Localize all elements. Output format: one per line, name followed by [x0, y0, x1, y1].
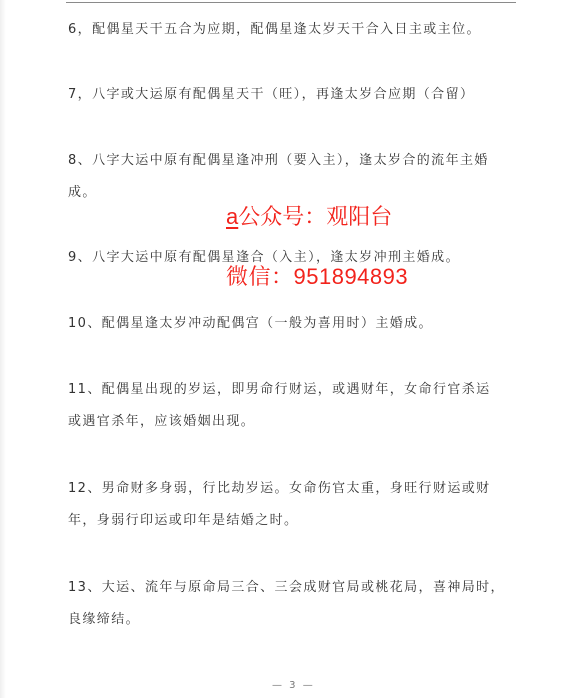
- paragraph-7: 7，八字或大运原有配偶星天干（旺），再逢太岁合应期（合留）: [68, 79, 468, 111]
- watermark-wechat: 微信：951894893: [226, 262, 408, 292]
- header-rule: [66, 2, 516, 3]
- paragraph-8: 8、八字大运中原有配偶星逢冲刑（要入主），逢太岁合的流年主婚 成。: [68, 145, 468, 209]
- page-left-edge: [0, 0, 6, 698]
- paragraph-line: 13、大运、流年与原命局三合、三会成财官局或桃花局，喜神局时，: [68, 572, 468, 604]
- paragraph-line: 10、配偶星逢太岁冲动配偶宫（一般为喜用时）主婚成。: [68, 308, 468, 340]
- paragraph-line: 年，身弱行印运或印年是结婚之时。: [68, 505, 468, 537]
- page-number: — 3 —: [272, 680, 315, 691]
- paragraph-line: 或遇官杀年，应该婚姻出现。: [68, 406, 468, 438]
- paragraph-11: 11、配偶星出现的岁运，即男命行财运，或遇财年，女命行官杀运 或遇官杀年，应该婚…: [68, 374, 468, 438]
- paragraph-line: 12、男命财多身弱，行比劫岁运。女命伤官太重，身旺行财运或财: [68, 473, 468, 505]
- paragraph-10: 10、配偶星逢太岁冲动配偶宫（一般为喜用时）主婚成。: [68, 308, 468, 340]
- paragraph-6: 6，配偶星天干五合为应期，配偶星逢太岁天干合入日主或主位。: [68, 14, 468, 46]
- paragraph-12: 12、男命财多身弱，行比劫岁运。女命伤官太重，身旺行财运或财 年，身弱行印运或印…: [68, 473, 468, 537]
- paragraph-13: 13、大运、流年与原命局三合、三会成财官局或桃花局，喜神局时， 良缘缔结。: [68, 572, 468, 636]
- watermark-official-account: a公众号：观阳台: [226, 202, 392, 232]
- paragraph-line: 7，八字或大运原有配偶星天干（旺），再逢太岁合应期（合留）: [68, 79, 468, 111]
- paragraph-line: 6，配偶星天干五合为应期，配偶星逢太岁天干合入日主或主位。: [68, 14, 468, 46]
- paragraph-line: 良缘缔结。: [68, 604, 468, 636]
- paragraph-line: 8、八字大运中原有配偶星逢冲刑（要入主），逢太岁合的流年主婚: [68, 145, 468, 177]
- paragraph-line: 11、配偶星出现的岁运，即男命行财运，或遇财年，女命行官杀运: [68, 374, 468, 406]
